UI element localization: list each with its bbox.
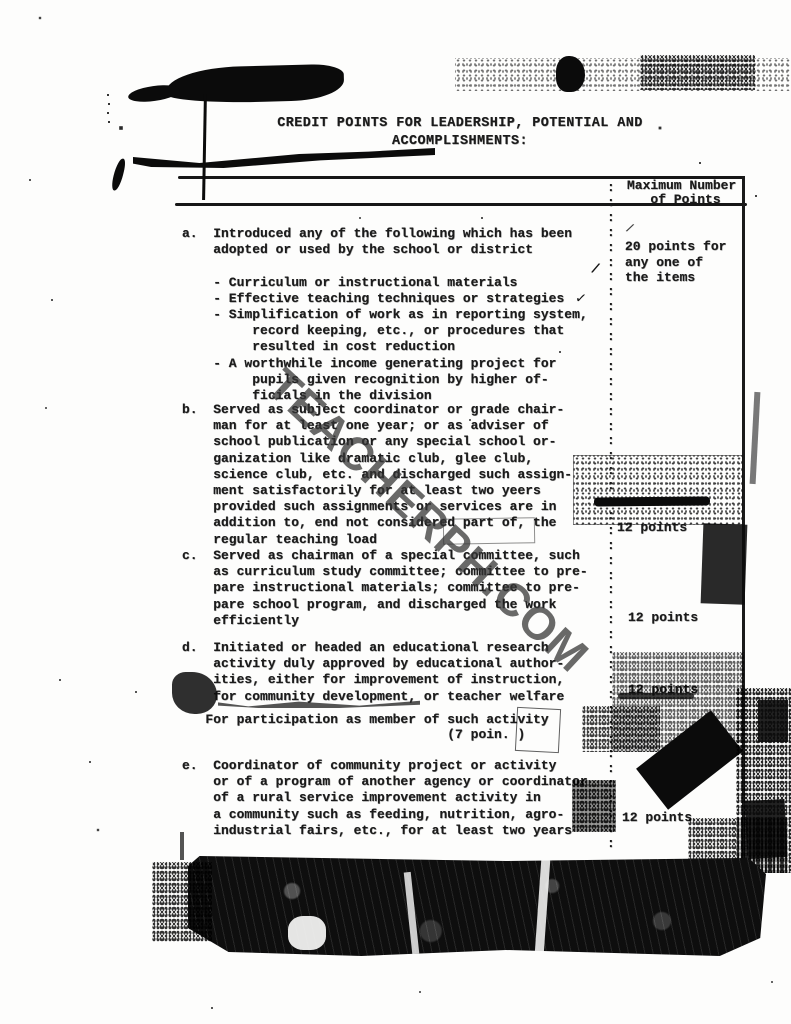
title-line-1: CREDIT POINTS FOR LEADERSHIP, POTENTIAL … — [180, 115, 740, 133]
scan-noise-box-participation — [582, 706, 660, 752]
scan-tick-above-band — [180, 832, 184, 860]
item-a-text: a. Introduced any of the following which… — [182, 226, 588, 404]
item-c-points: 12 points — [628, 610, 698, 626]
scan-dark-block-right — [701, 523, 748, 604]
scan-dark-streak-b — [594, 496, 710, 506]
scan-blob-left-margin-d — [172, 672, 217, 714]
scan-right-edge-chunk-1 — [758, 700, 788, 742]
scan-margin-squiggle — [110, 157, 127, 191]
scan-noise-box-b — [573, 455, 743, 525]
item-d-participation-text: For participation as member of such acti… — [182, 712, 549, 742]
points-column-header: Maximum Number of Points — [627, 179, 736, 206]
bottom-band-crack-3 — [288, 916, 326, 950]
scan-underline-smudge-d — [618, 693, 694, 699]
document-title: CREDIT POINTS FOR LEADERSHIP, POTENTIAL … — [180, 115, 740, 150]
slash-mark-2: / — [624, 221, 635, 237]
bottom-band-left-fray — [152, 862, 212, 942]
title-line-2: ACCOMPLISHMENTS: — [180, 133, 740, 151]
item-d-text: d. Initiated or headed an educational re… — [182, 640, 564, 705]
scan-outline-box-participation — [515, 707, 561, 753]
scan-blob-top-center — [556, 56, 585, 92]
scanned-document-page: { "document": { "title_line1": "CREDIT P… — [0, 0, 791, 1024]
bottom-smudge-band — [188, 856, 766, 956]
slash-mark-1: / — [589, 261, 601, 278]
scan-outline-box-teaching-load — [443, 517, 535, 545]
item-a-points: 20 points for any one of the items — [625, 239, 726, 286]
item-c-text: c. Served as chairman of a special commi… — [182, 548, 588, 629]
scan-smudge-top-left — [166, 64, 345, 105]
item-e-points: 12 points — [622, 810, 692, 826]
item-e-text: e. Coordinator of community project or a… — [182, 758, 588, 839]
scan-dark-block-e — [572, 780, 616, 832]
scan-smudge-top-right — [640, 55, 755, 90]
scan-right-edge-scratch — [750, 392, 761, 484]
scan-streak-left — [133, 148, 435, 168]
scan-smudge-top-left-tail — [127, 82, 181, 104]
